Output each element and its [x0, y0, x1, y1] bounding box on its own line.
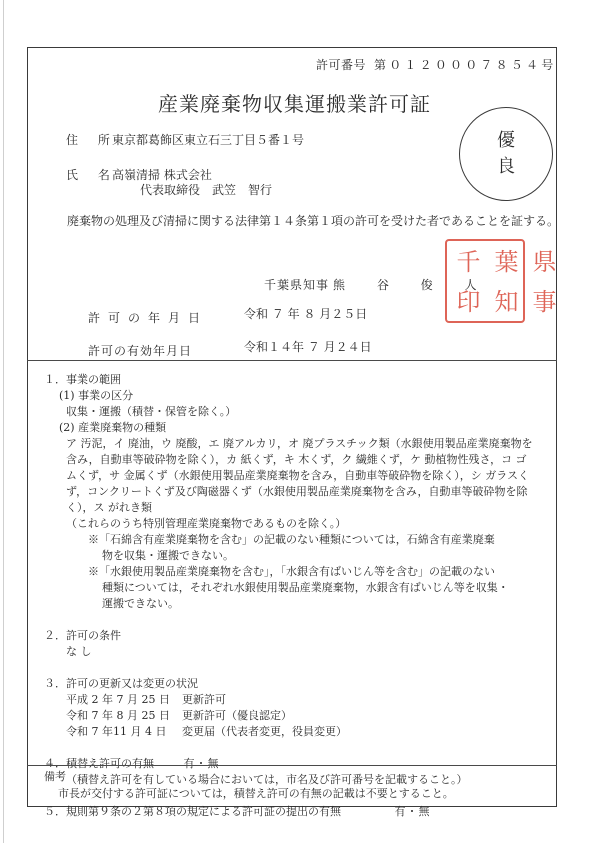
permit-date-value: 令和 ７ 年 ８ 月２５日 — [244, 305, 367, 322]
history-row: 平成 2 年 7 月 25 日 更新許可 — [44, 692, 544, 708]
section-5-row: ５．規則第９条の２第８項の規定による許可証の提出の有無 有・無 — [44, 804, 544, 820]
seal-char: 知 — [485, 281, 523, 321]
business-type-value: 収集・運搬（積替・保管を除く。） — [44, 404, 544, 420]
history-date: 令和 7 年11 月 4 日 — [66, 724, 182, 740]
history-event: 更新許可（優良認定） — [182, 708, 292, 724]
valid-until-label: 許可の有効年月日 — [88, 342, 192, 359]
excellence-badge: 優 良 — [459, 107, 553, 201]
certification-statement: 廃棄物の処理及び清掃に関する法律第１４条第１項の許可を受けた者であることを証する… — [67, 212, 559, 229]
waste-kinds-heading: (2) 産業廃棄物の種類 — [44, 420, 544, 436]
valid-until-value: 令和１４年 ７ 月２４日 — [244, 338, 372, 355]
permit-number-value: 第０１２０００７８５４号 — [374, 58, 556, 72]
seal-char: 葉 — [485, 241, 523, 281]
business-type-heading: (1) 事業の区分 — [44, 388, 544, 404]
history-row: 令和 7 年11 月 4 日 変更届（代表者変更，役員変更） — [44, 724, 544, 740]
section-2-heading: ２．許可の条件 — [44, 628, 544, 644]
divider-top — [27, 360, 557, 361]
seal-char: 印 — [447, 281, 485, 321]
divider-remarks — [27, 765, 557, 766]
section-1-heading: １．事業の範囲 — [44, 372, 544, 388]
document-title: 産業廃棄物収集運搬業許可証 — [158, 88, 431, 117]
history-event: 更新許可 — [182, 692, 226, 708]
waste-kinds-list: ア 汚泥，イ 廃油，ウ 廃酸，エ 廃アルカリ，オ 廃プラスチック類（水銀使用製品… — [44, 436, 536, 516]
permit-number-label: 許可番号 — [316, 58, 366, 72]
seal-char: 事 — [523, 281, 561, 321]
address-label: 住 所 — [66, 131, 118, 148]
asbestos-note-line-2: 物を収集・運搬できない。 — [44, 548, 544, 564]
address-value: 東京都葛飾区東立石三丁目５番１号 — [112, 131, 304, 148]
mercury-note-line-3: 運搬できない。 — [44, 596, 544, 612]
section-5-heading: ５．規則第９条の２第８項の規定による許可証の提出の有無 — [44, 805, 341, 818]
name-label: 氏 名 — [66, 166, 118, 183]
permit-date-label: 許可の年月日 — [88, 309, 208, 326]
history-row: 令和 7 年 8 月 25 日 更新許可（優良認定） — [44, 708, 544, 724]
history-event: 変更届（代表者変更，役員変更） — [182, 724, 347, 740]
seal-char: 県 — [523, 241, 561, 281]
remarks-text: 市長が交付する許可証については，積替え許可の有無の記載は不要とすること。 — [44, 785, 454, 802]
asbestos-note-line-1: ※「石綿含有産業廃棄物を含む」の記載のない種類については，石綿含有産業廃棄 — [44, 532, 544, 548]
permit-number: 許可番号第０１２０００７８５４号 — [316, 56, 556, 73]
issuer-position: 千葉県知事 — [264, 278, 329, 292]
seal-char: 千 — [447, 241, 485, 281]
remarks: 備考 市長が交付する許可証については，積替え許可の有無の記載は不要とすること。 — [44, 768, 454, 802]
official-seal: 千 葉 県 印 知 事 — [445, 239, 525, 323]
remarks-heading: 備考 — [44, 768, 454, 785]
history-date: 令和 7 年 8 月 25 日 — [66, 708, 182, 724]
mercury-note-line-2: 種類については，それぞれ水銀使用製品産業廃棄物，水銀含有ばいじん等を収集・ — [44, 580, 544, 596]
badge-char-1: 優 — [497, 128, 515, 154]
conditions-value: な し — [44, 644, 544, 660]
representative-name: 代表取締役 武笠 智行 — [140, 181, 272, 198]
history-date: 平成 2 年 7 月 25 日 — [66, 692, 182, 708]
waste-exclusion: （これらのうち特別管理産業廃棄物であるものを除く。） — [44, 516, 544, 532]
mercury-note-line-1: ※「水銀使用製品産業廃棄物を含む」，「水銀含有ばいじん等を含む」の記載のない — [44, 564, 544, 580]
page-edge — [3, 0, 4, 843]
submission-options: 有・無 — [395, 805, 431, 818]
section-3-heading: ３．許可の更新又は変更の状況 — [44, 676, 544, 692]
details-section: １．事業の範囲 (1) 事業の区分 収集・運搬（積替・保管を除く。） (2) 産… — [44, 372, 544, 820]
badge-char-2: 良 — [497, 154, 515, 180]
